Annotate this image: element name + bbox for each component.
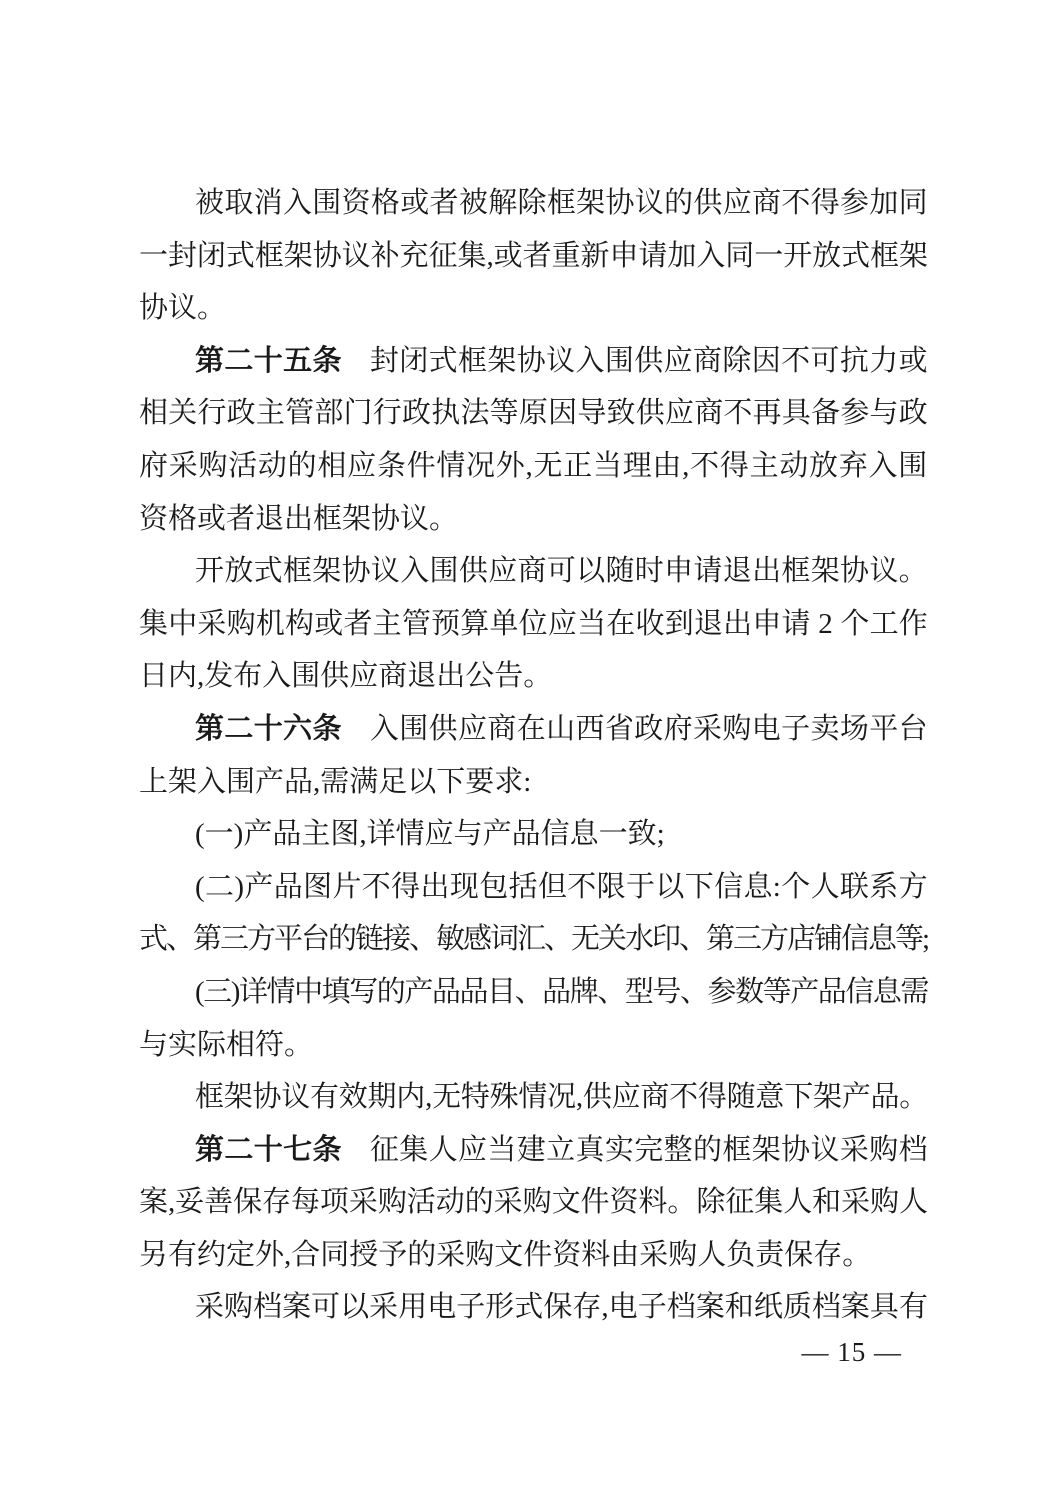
- line-text: 案,妥善保存每项采购活动的采购文件资料。除征集人和采购人: [139, 1186, 928, 1218]
- text-line: 框架协议有效期内,无特殊情况,供应商不得随意下架产品。: [139, 1071, 928, 1124]
- paragraph-list-item-2: (二)产品图片不得出现包括但不限于以下信息:个人联系方 式、第三方平台的链接、敏…: [139, 861, 928, 966]
- page-number: — 15 —: [802, 1337, 903, 1368]
- line-text: 开放式框架协议入围供应商可以随时申请退出框架协议。: [195, 555, 928, 587]
- line-text: 协议。: [139, 292, 226, 324]
- line-text: 资格或者退出框架协议。: [139, 503, 458, 535]
- article-number-label: 第二十七条: [195, 1134, 342, 1166]
- paragraph-article-27: 第二十七条征集人应当建立真实完整的框架协议采购档 案,妥善保存每项采购活动的采购…: [139, 1124, 928, 1282]
- document-body: 被取消入围资格或者被解除框架协议的供应商不得参加同 一封闭式框架协议补充征集,或…: [139, 177, 928, 1334]
- text-line: 上架入围产品,需满足以下要求:: [139, 756, 928, 809]
- text-line: 相关行政主管部门行政执法等原因导致供应商不再具备参与政: [139, 387, 928, 440]
- text-line: 日内,发布入围供应商退出公告。: [139, 650, 928, 703]
- text-line: 资格或者退出框架协议。: [139, 493, 928, 546]
- line-text: 日内,发布入围供应商退出公告。: [139, 660, 552, 692]
- paragraph: 采购档案可以采用电子形式保存,电子档案和纸质档案具有: [139, 1281, 928, 1334]
- line-text: 封闭式框架协议入围供应商除因不可抗力或: [370, 345, 928, 377]
- line-text: 另有约定外,合同授予的采购文件资料由采购人负责保存。: [139, 1239, 871, 1271]
- text-line: (三)详情中填写的产品品目、品牌、型号、参数等产品信息需: [139, 966, 928, 1019]
- text-line: 第二十五条封闭式框架协议入围供应商除因不可抗力或: [139, 335, 928, 388]
- paragraph: 框架协议有效期内,无特殊情况,供应商不得随意下架产品。: [139, 1071, 928, 1124]
- line-text: (二)产品图片不得出现包括但不限于以下信息:个人联系方: [195, 871, 928, 903]
- line-text: (一)产品主图,详情应与产品信息一致;: [195, 818, 665, 850]
- text-line: (二)产品图片不得出现包括但不限于以下信息:个人联系方: [139, 861, 928, 914]
- article-number-label: 第二十六条: [195, 713, 342, 745]
- line-text: 入围供应商在山西省政府采购电子卖场平台: [370, 713, 928, 745]
- line-text: 一封闭式框架协议补充征集,或者重新申请加入同一开放式框架: [139, 240, 928, 272]
- paragraph-article-26: 第二十六条入围供应商在山西省政府采购电子卖场平台 上架入围产品,需满足以下要求:: [139, 703, 928, 808]
- line-text: 式、第三方平台的链接、敏感词汇、无关水印、第三方店铺信息等;: [139, 923, 928, 955]
- text-line: 协议。: [139, 282, 928, 335]
- line-text: 上架入围产品,需满足以下要求:: [139, 766, 531, 798]
- text-line: 第二十六条入围供应商在山西省政府采购电子卖场平台: [139, 703, 928, 756]
- text-line: 府采购活动的相应条件情况外,无正当理由,不得主动放弃入围: [139, 440, 928, 493]
- line-text: (三)详情中填写的产品品目、品牌、型号、参数等产品信息需: [195, 976, 928, 1008]
- line-text: 被取消入围资格或者被解除框架协议的供应商不得参加同: [195, 187, 928, 219]
- text-line: 第二十七条征集人应当建立真实完整的框架协议采购档: [139, 1124, 928, 1177]
- text-line: 另有约定外,合同授予的采购文件资料由采购人负责保存。: [139, 1229, 928, 1282]
- paragraph-article-25: 第二十五条封闭式框架协议入围供应商除因不可抗力或 相关行政主管部门行政执法等原因…: [139, 335, 928, 545]
- text-line: 采购档案可以采用电子形式保存,电子档案和纸质档案具有: [139, 1281, 928, 1334]
- line-text: 征集人应当建立真实完整的框架协议采购档: [370, 1134, 928, 1166]
- line-text: 采购档案可以采用电子形式保存,电子档案和纸质档案具有: [195, 1291, 928, 1323]
- article-number-label: 第二十五条: [195, 345, 342, 377]
- text-line: 一封闭式框架协议补充征集,或者重新申请加入同一开放式框架: [139, 230, 928, 283]
- paragraph-list-item-1: (一)产品主图,详情应与产品信息一致;: [139, 808, 928, 861]
- text-line: 案,妥善保存每项采购活动的采购文件资料。除征集人和采购人: [139, 1176, 928, 1229]
- paragraph: 开放式框架协议入围供应商可以随时申请退出框架协议。 集中采购机构或者主管预算单位…: [139, 545, 928, 703]
- line-text: 框架协议有效期内,无特殊情况,供应商不得随意下架产品。: [195, 1081, 928, 1113]
- text-line: 集中采购机构或者主管预算单位应当在收到退出申请 2 个工作: [139, 598, 928, 651]
- line-text: 集中采购机构或者主管预算单位应当在收到退出申请 2 个工作: [139, 608, 928, 640]
- text-line: 与实际相符。: [139, 1019, 928, 1072]
- text-line: 被取消入围资格或者被解除框架协议的供应商不得参加同: [139, 177, 928, 230]
- text-line: 式、第三方平台的链接、敏感词汇、无关水印、第三方店铺信息等;: [139, 913, 928, 966]
- line-text: 相关行政主管部门行政执法等原因导致供应商不再具备参与政: [139, 397, 928, 429]
- text-line: (一)产品主图,详情应与产品信息一致;: [139, 808, 928, 861]
- text-line: 开放式框架协议入围供应商可以随时申请退出框架协议。: [139, 545, 928, 598]
- document-page: 被取消入围资格或者被解除框架协议的供应商不得参加同 一封闭式框架协议补充征集,或…: [0, 0, 1060, 1500]
- paragraph: 被取消入围资格或者被解除框架协议的供应商不得参加同 一封闭式框架协议补充征集,或…: [139, 177, 928, 335]
- paragraph-list-item-3: (三)详情中填写的产品品目、品牌、型号、参数等产品信息需 与实际相符。: [139, 966, 928, 1071]
- line-text: 府采购活动的相应条件情况外,无正当理由,不得主动放弃入围: [139, 450, 928, 482]
- line-text: 与实际相符。: [139, 1029, 313, 1061]
